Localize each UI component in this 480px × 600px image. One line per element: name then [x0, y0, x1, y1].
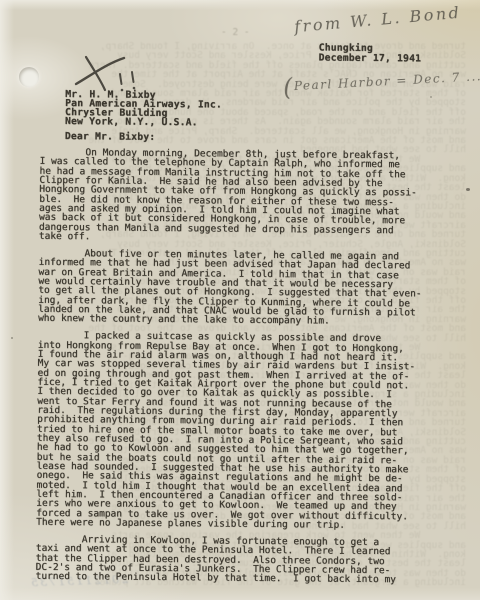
letter-body: On Monday morning, December 8th, just be…: [35, 148, 459, 593]
ink-speck: [11, 337, 13, 339]
paragraph-4: Arriving in Kowloon, I was fortunate eno…: [36, 535, 456, 586]
recipient-address: Mr. H. M. Bixby Pan American Airways, In…: [65, 90, 222, 128]
dateline-date: December 17, 1941: [319, 54, 422, 65]
paragraph-1: On Monday morning, December 8th, just be…: [39, 148, 460, 245]
paragraph-3: I packed a suitcase as quickly as possib…: [36, 331, 458, 531]
ink-speck: [466, 188, 470, 191]
typed-letter-content: Chungking December 17, 1941 Mr. H. M. Bi…: [0, 0, 480, 600]
letter-page: turned and drove to Kaitak at once. On a…: [0, 0, 480, 600]
ink-speck: [430, 96, 432, 98]
recipient-city: New York, N.Y., U.S.A.: [65, 117, 222, 128]
salutation: Dear Mr. Bixby:: [65, 131, 156, 143]
dateline: Chungking December 17, 1941: [319, 43, 422, 64]
paragraph-2: About five or ten minutes later, he call…: [38, 249, 459, 328]
